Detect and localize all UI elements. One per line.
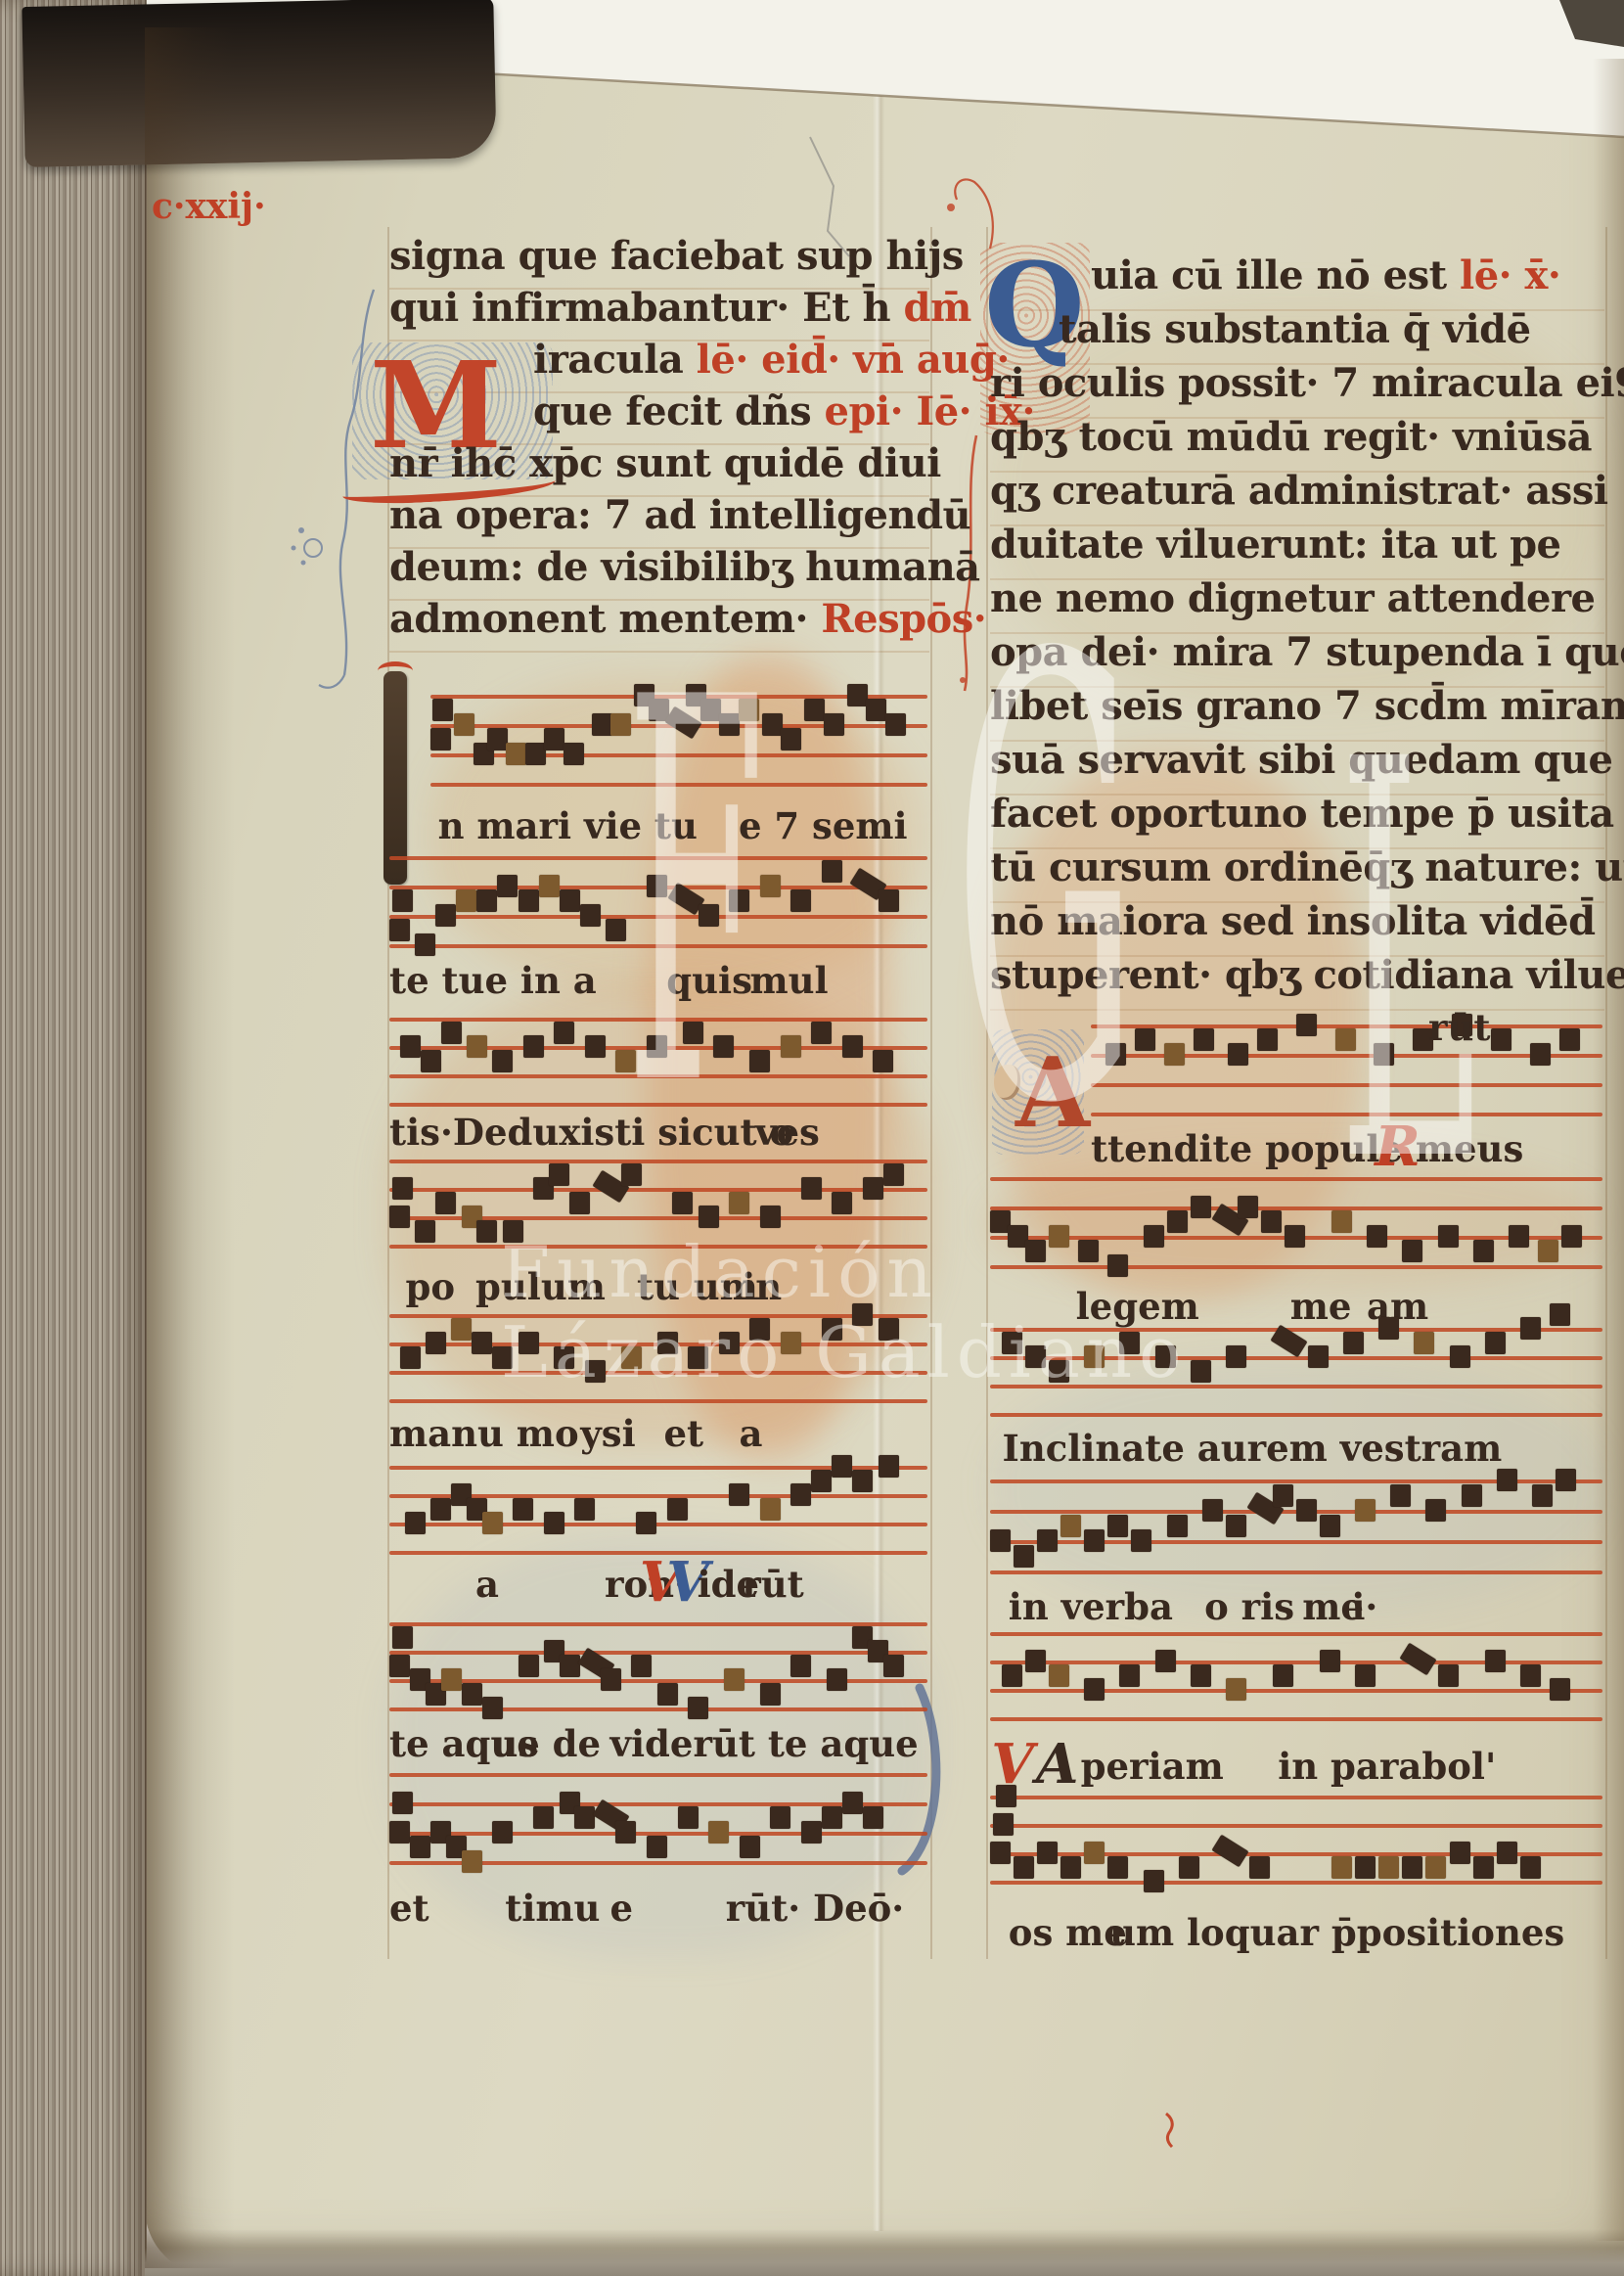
text-segment: talis substantia q̄ vidē: [1059, 306, 1531, 352]
neume: [883, 1655, 904, 1677]
neume: [533, 1806, 554, 1829]
text-segment: deum: de visibilibʒ humanā: [389, 544, 980, 590]
neume: [426, 1332, 446, 1354]
text-segment: que fecit dñs: [533, 388, 825, 434]
neume: [699, 1206, 719, 1228]
neume: [1164, 1043, 1185, 1066]
neume: [580, 904, 601, 927]
neume: [523, 1035, 544, 1058]
neume: [832, 1192, 852, 1214]
text-line: ri oculis possit· 7 miracula ei9: [990, 360, 1624, 407]
text-segment: lē· x̄·: [1460, 252, 1560, 298]
neume: [1331, 1856, 1352, 1879]
lyric-syllable: manu mo: [389, 1412, 579, 1455]
neume: [740, 1836, 760, 1858]
neume: [400, 1035, 421, 1058]
neume: [667, 1498, 688, 1521]
neume: [435, 1192, 456, 1214]
neume: [1228, 1043, 1248, 1066]
staff-line: [990, 1540, 1602, 1544]
neume: [1131, 1529, 1151, 1552]
neume: [1355, 1499, 1376, 1522]
neume: [811, 1022, 832, 1044]
neume: [1355, 1856, 1376, 1879]
neume: [1261, 1210, 1282, 1233]
manuscript-photo: c·xxij· M Q A Fundación Lázaro Galdiano …: [0, 0, 1624, 2276]
neume: [392, 1177, 413, 1200]
text-segment: uia cū ille nō est: [1091, 252, 1460, 298]
text-segment: signa que faciebat sup hijs: [389, 233, 964, 279]
staff-line: [990, 1265, 1602, 1269]
neume: [1530, 1043, 1551, 1066]
lyric-syllable: rūt: [742, 1563, 804, 1606]
neume: [544, 728, 564, 751]
neume: [462, 1850, 482, 1873]
text-line: talis substantia q̄ vidē: [1059, 306, 1531, 353]
lyric-syllable: o ris: [1204, 1585, 1294, 1628]
neume: [1257, 1028, 1278, 1051]
neume: [1462, 1484, 1482, 1507]
neume: [389, 1821, 410, 1844]
neume: [824, 713, 844, 736]
neume: [1497, 1842, 1517, 1864]
neume: [688, 1697, 708, 1719]
neume: [1037, 1529, 1058, 1552]
neume: [430, 1498, 451, 1521]
page-block-edges: [0, 0, 147, 2276]
neume: [1450, 1345, 1470, 1368]
staff-line: [389, 1622, 927, 1626]
neume: [519, 1655, 539, 1677]
neume: [885, 713, 906, 736]
neume: [389, 1655, 410, 1677]
lyric-syllable: rūt· Deō·: [726, 1887, 904, 1930]
neume: [1485, 1332, 1506, 1354]
neume: [506, 743, 526, 765]
neume: [760, 1683, 781, 1706]
text-segment: nr̄ ihc̄ xp̄c sunt quidē diui: [389, 440, 941, 486]
neume: [539, 875, 560, 897]
staff-line: [389, 1651, 927, 1655]
neume: [1438, 1664, 1459, 1687]
text-line: deum: de visibilibʒ humanā: [389, 544, 980, 591]
neume: [435, 904, 456, 927]
initial-I: [383, 671, 407, 885]
watermark-text-line1: Fundación: [501, 1231, 939, 1313]
text-line: qʒ creaturā administrat· assi: [990, 468, 1608, 515]
neume: [1308, 1345, 1329, 1368]
book-head-edge: [22, 0, 496, 167]
staff-line: [990, 1824, 1602, 1828]
neume: [804, 699, 825, 721]
neume: [606, 919, 626, 941]
neume: [1414, 1332, 1434, 1354]
lyric-syllable: in verba: [1009, 1585, 1173, 1628]
lyric-syllable: periam: [1081, 1745, 1224, 1788]
neume: [410, 1836, 430, 1858]
neume: [1194, 1028, 1214, 1051]
neume: [1226, 1515, 1246, 1537]
neume: [770, 1806, 790, 1829]
staff-line: [389, 1523, 927, 1526]
lyric-syllable: et: [664, 1412, 704, 1455]
lyric-syllable: A: [1036, 1745, 1078, 1784]
neume: [1520, 1317, 1541, 1340]
neume: [1084, 1529, 1105, 1552]
neume: [883, 1163, 904, 1186]
neume: [389, 919, 410, 941]
text-segment: iracula: [533, 337, 697, 383]
neume: [1520, 1664, 1541, 1687]
neume: [592, 713, 612, 736]
neume: [729, 1483, 749, 1506]
neume: [1473, 1856, 1494, 1879]
neume: [1538, 1240, 1558, 1262]
neume: [866, 699, 886, 721]
lyric-syllable: te tue in a: [389, 959, 597, 1002]
neume: [1320, 1515, 1340, 1537]
text-line: signa que faciebat sup hijs: [389, 233, 964, 280]
neume: [852, 1470, 873, 1492]
neume: [482, 1512, 503, 1534]
neume: [790, 1655, 811, 1677]
neume: [1273, 1484, 1293, 1507]
neume: [441, 1022, 462, 1044]
neume: [781, 1035, 801, 1058]
neume: [1249, 1856, 1270, 1879]
neume: [441, 1668, 462, 1691]
neume: [1273, 1664, 1293, 1687]
neume: [647, 1836, 667, 1858]
neume: [801, 1177, 822, 1200]
lyric-syllable: um loquar p̄positiones: [1109, 1911, 1564, 1954]
neume: [990, 1529, 1011, 1552]
text-segment: dm̄: [904, 285, 971, 331]
neume: [990, 1842, 1011, 1864]
lyric-syllable: e: [610, 1887, 634, 1930]
neume: [708, 1821, 729, 1844]
neume: [1509, 1225, 1529, 1248]
neume: [574, 1498, 595, 1521]
text-line: que fecit dñs epi· Iē· ix̄·: [533, 388, 1035, 435]
neume: [996, 1785, 1016, 1807]
lyric-syllable: Inclinate aurem vestram: [1003, 1427, 1503, 1470]
neume: [1425, 1856, 1446, 1879]
neume: [1497, 1469, 1517, 1491]
neume: [842, 1792, 863, 1814]
text-segment: ri oculis possit· 7 miracula ei9: [990, 360, 1624, 406]
neume: [1238, 1196, 1258, 1218]
text-segment: na opera: 7 ad intelligendū: [389, 492, 970, 538]
lyric-syllable: a: [740, 1412, 763, 1455]
neume: [1390, 1484, 1411, 1507]
neume: [544, 1512, 564, 1534]
neume: [760, 1206, 781, 1228]
neume: [472, 1332, 492, 1354]
neume: [1343, 1332, 1364, 1354]
neume: [811, 1470, 832, 1492]
neume: [432, 699, 453, 721]
neume: [400, 1346, 421, 1369]
text-line: nr̄ ihc̄ xp̄c sunt quidē diui: [389, 440, 941, 487]
watermark-letter: L: [1338, 751, 1476, 1179]
lyric-syllable: ysi: [580, 1412, 635, 1455]
neume: [569, 1192, 590, 1214]
neume: [1078, 1240, 1099, 1262]
neume: [1320, 1650, 1340, 1672]
staff-line: [990, 1689, 1602, 1693]
neume: [1060, 1515, 1081, 1537]
watermark-text-line2: Lázaro Galdiano: [501, 1311, 1188, 1393]
neume: [1025, 1240, 1046, 1262]
neume: [790, 1483, 811, 1506]
lyric-syllable: me: [1290, 1285, 1352, 1328]
text-line: na opera: 7 ad intelligendū: [389, 492, 970, 539]
neume: [842, 1035, 863, 1058]
staff-line: [990, 1632, 1602, 1636]
staff-line: [990, 1413, 1602, 1417]
text-line: uia cū ille nō est lē· x̄·: [1091, 252, 1560, 299]
neume: [1285, 1225, 1305, 1248]
staff-line: [389, 1399, 927, 1403]
lyric-syllable: timu: [505, 1887, 600, 1930]
neume: [462, 1683, 482, 1706]
neume: [482, 1697, 503, 1719]
neume: [392, 1626, 413, 1649]
lyric-syllable: a: [475, 1563, 499, 1606]
neume: [456, 889, 476, 912]
neume: [1002, 1664, 1022, 1687]
neume: [993, 1813, 1014, 1836]
text-segment: qui infirmabantur· Et h̄: [389, 285, 904, 331]
neume: [1179, 1856, 1199, 1879]
neume: [636, 1512, 656, 1534]
neume: [560, 1655, 580, 1677]
neume: [790, 889, 811, 912]
neume: [1425, 1499, 1446, 1522]
neume: [1144, 1870, 1164, 1892]
neume: [1226, 1345, 1246, 1368]
neume: [1402, 1856, 1422, 1879]
neume: [1049, 1664, 1069, 1687]
neume: [1226, 1678, 1246, 1701]
neume: [525, 743, 546, 765]
neume: [781, 728, 801, 751]
neume: [1167, 1210, 1188, 1233]
neume: [847, 684, 868, 706]
neume: [822, 860, 842, 883]
gutter-shadow: [145, 27, 235, 2268]
neume: [1014, 1856, 1034, 1879]
neume: [451, 1318, 472, 1341]
staff-line: [990, 1796, 1602, 1799]
staff-line: [389, 1707, 927, 1711]
neume: [1084, 1678, 1105, 1701]
neume: [1556, 1469, 1576, 1491]
page-bottom-edge: [145, 2229, 1624, 2276]
lyric-syllable: po: [406, 1265, 456, 1308]
watermark-letter: G: [954, 648, 1138, 1121]
neume: [601, 1668, 621, 1691]
neume: [1559, 1028, 1580, 1051]
neume: [560, 889, 580, 912]
neume: [1119, 1664, 1140, 1687]
neume: [1355, 1664, 1376, 1687]
neume: [519, 889, 539, 912]
lyric-syllable: i·: [1351, 1585, 1377, 1628]
neume: [1450, 1842, 1470, 1864]
neume: [1485, 1650, 1506, 1672]
text-segment: qbʒ tocū mūdū regit· vniūsā: [990, 414, 1592, 460]
neume: [1191, 1664, 1211, 1687]
staff-line: [990, 1881, 1602, 1885]
staff-line: [990, 1661, 1602, 1664]
neume: [1107, 1856, 1128, 1879]
neume: [1191, 1196, 1211, 1218]
neume: [1167, 1515, 1188, 1537]
neume: [492, 1821, 513, 1844]
neume: [615, 1821, 636, 1844]
neume: [879, 1455, 899, 1478]
neume: [513, 1498, 533, 1521]
text-line: qbʒ tocū mūdū regit· vniūsā: [990, 414, 1592, 461]
neume: [476, 889, 497, 912]
neume: [1155, 1650, 1176, 1672]
neume: [392, 889, 413, 912]
neume: [1378, 1856, 1399, 1879]
neume: [454, 713, 474, 736]
staff-line: [990, 1717, 1602, 1721]
staff-line: [990, 1570, 1602, 1574]
neume: [497, 875, 518, 897]
neume: [724, 1668, 744, 1691]
neume: [1550, 1678, 1570, 1701]
text-line: iracula lē· eid̄· vn̄ auḡ·: [533, 337, 1010, 384]
neume: [873, 1050, 893, 1072]
neume: [1191, 1360, 1211, 1383]
neume: [492, 1050, 513, 1072]
neume: [574, 1806, 595, 1829]
neume: [389, 1206, 410, 1228]
lyric-syllable: et: [389, 1887, 429, 1930]
neume: [760, 1498, 781, 1521]
neume: [863, 1806, 883, 1829]
neume: [832, 1455, 852, 1478]
folio-number: c·xxij·: [152, 186, 266, 227]
neume: [1202, 1499, 1223, 1522]
neume: [1296, 1014, 1317, 1036]
neume: [430, 728, 451, 751]
neume: [1532, 1484, 1553, 1507]
neume: [631, 1655, 652, 1677]
neume: [879, 889, 899, 912]
neume: [1296, 1499, 1317, 1522]
neume: [1060, 1856, 1081, 1879]
lyric-syllable: us: [492, 1722, 539, 1765]
neume: [476, 1220, 497, 1243]
neume: [564, 743, 584, 765]
neume: [415, 933, 435, 956]
neume: [801, 1821, 822, 1844]
neume: [549, 1163, 569, 1186]
neume: [1037, 1842, 1058, 1864]
neume: [421, 1050, 441, 1072]
staff-line: [389, 1773, 927, 1777]
neume: [1491, 1028, 1511, 1051]
lyric-syllable: V: [991, 1745, 1033, 1784]
neume: [405, 1512, 426, 1534]
neume: [585, 1035, 606, 1058]
neume: [1520, 1856, 1541, 1879]
neume: [1107, 1254, 1128, 1277]
text-line: qui infirmabantur· Et h̄ dm̄: [389, 285, 971, 332]
neume: [467, 1035, 487, 1058]
lyric-syllable: viderūt te aque: [610, 1722, 919, 1765]
neume: [487, 728, 508, 751]
neume: [554, 1022, 574, 1044]
neume: [1378, 1317, 1399, 1340]
neume: [415, 1220, 435, 1243]
neume: [822, 1806, 842, 1829]
lyric-syllable: in parabol': [1278, 1745, 1496, 1788]
neume: [827, 1668, 847, 1691]
neume: [678, 1806, 699, 1829]
neume: [392, 1792, 413, 1814]
neume: [1014, 1545, 1034, 1568]
neume: [657, 1683, 678, 1706]
text-segment: lē· eid̄· vn̄ auḡ·: [697, 337, 1010, 383]
neume: [1084, 1842, 1105, 1864]
neume: [863, 1177, 883, 1200]
text-segment: qʒ creaturā administrat· assi: [990, 468, 1608, 514]
neume: [1025, 1650, 1046, 1672]
watermark-letter: F: [626, 690, 765, 1102]
neume: [1561, 1225, 1582, 1248]
neume: [1550, 1303, 1570, 1326]
neume: [1144, 1225, 1164, 1248]
neume: [1107, 1515, 1128, 1537]
